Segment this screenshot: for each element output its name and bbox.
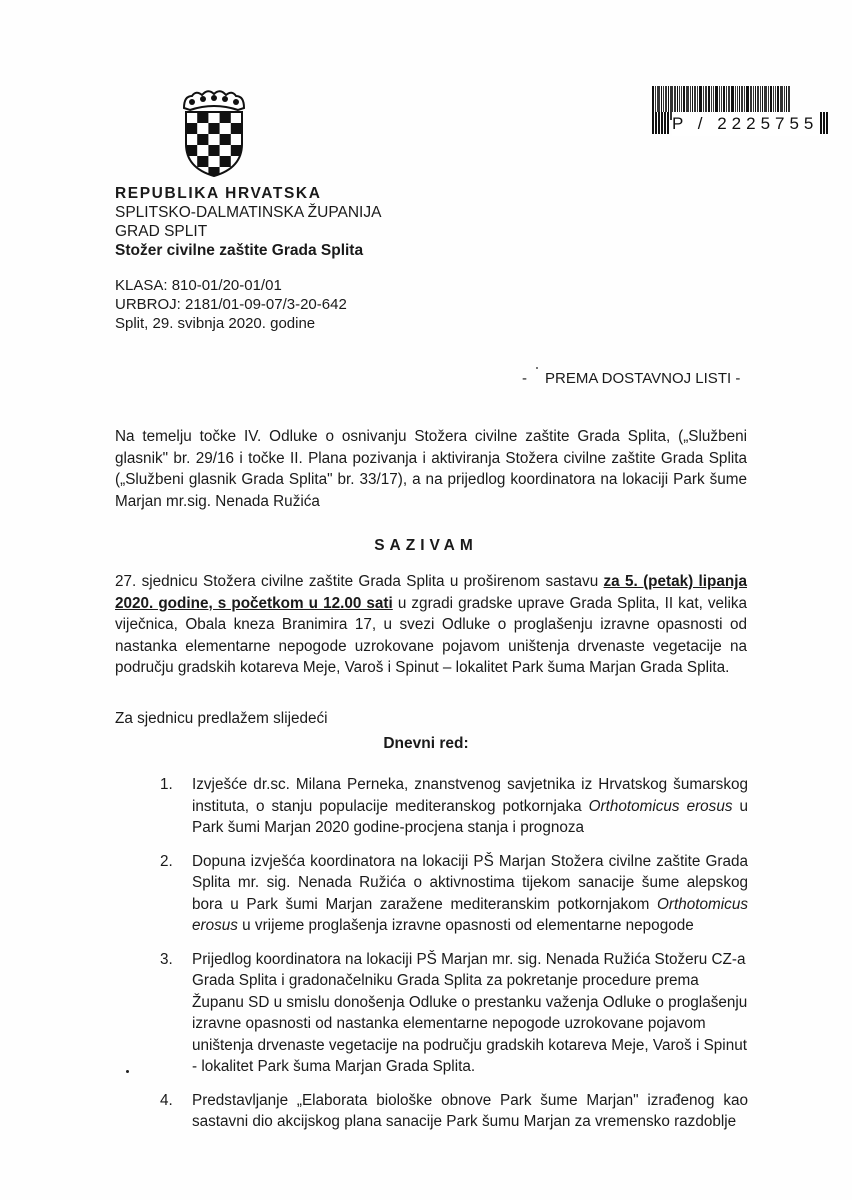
barcode-guard-right bbox=[820, 112, 828, 134]
intro-paragraph: Na temelju točke IV. Odluke o osnivanju … bbox=[115, 426, 747, 512]
issuer-body: Stožer civilne zaštite Grada Splita bbox=[115, 241, 381, 260]
document-barcode: P / 2225755 bbox=[652, 86, 828, 138]
species-name: Orthotomicus erosus bbox=[589, 798, 733, 815]
recipient-dash: - bbox=[522, 370, 527, 387]
klasa-number: KLASA: 810-01/20-01/01 bbox=[115, 276, 347, 295]
document-page: P / 2225755 REPUBLIKA HRVATSKA SPLITSKO-… bbox=[0, 0, 852, 1200]
agenda-title: Dnevni red: bbox=[0, 735, 852, 753]
document-references: KLASA: 810-01/20-01/01 URBROJ: 2181/01-0… bbox=[115, 276, 347, 333]
agenda-item: 4. Predstavljanje „Elaborata biološke ob… bbox=[160, 1090, 748, 1133]
issuer-header: REPUBLIKA HRVATSKA SPLITSKO-DALMATINSKA … bbox=[115, 184, 381, 260]
scan-speck bbox=[536, 367, 538, 369]
scan-dot bbox=[126, 1070, 129, 1073]
issuer-country: REPUBLIKA HRVATSKA bbox=[115, 184, 381, 203]
issuer-county: SPLITSKO-DALMATINSKA ŽUPANIJA bbox=[115, 203, 381, 222]
recipient-line: -PREMA DOSTAVNOJ LISTI - bbox=[522, 370, 740, 387]
document-date: Split, 29. svibnja 2020. godine bbox=[115, 314, 347, 333]
agenda-item-text: Prijedlog koordinatora na lokaciji PŠ Ma… bbox=[192, 949, 748, 1078]
agenda-item-text: Dopuna izvješća koordinatora na lokaciji… bbox=[192, 851, 748, 937]
agenda-item: 2. Dopuna izvješća koordinatora na lokac… bbox=[160, 851, 748, 937]
barcode-number: P / 2225755 bbox=[672, 112, 822, 136]
agenda-item-number: 1. bbox=[160, 774, 192, 839]
barcode-guard-left bbox=[652, 112, 670, 134]
convocation-paragraph: 27. sjednicu Stožera civilne zaštite Gra… bbox=[115, 571, 747, 679]
croatian-coat-of-arms-icon bbox=[178, 86, 250, 178]
agenda-item: 3. Prijedlog koordinatora na lokaciji PŠ… bbox=[160, 949, 748, 1078]
recipient-text: PREMA DOSTAVNOJ LISTI - bbox=[545, 370, 740, 387]
convocation-text-start: 27. sjednicu Stožera civilne zaštite Gra… bbox=[115, 573, 604, 590]
agenda-item: 1. Izvješće dr.sc. Milana Perneka, znans… bbox=[160, 774, 748, 839]
agenda-list: 1. Izvješće dr.sc. Milana Perneka, znans… bbox=[160, 774, 748, 1145]
agenda-item-number: 4. bbox=[160, 1090, 192, 1133]
urbroj-number: URBROJ: 2181/01-09-07/3-20-642 bbox=[115, 295, 347, 314]
proposal-intro: Za sjednicu predlažem slijedeći bbox=[115, 710, 328, 728]
agenda-item-text: Predstavljanje „Elaborata biološke obnov… bbox=[192, 1090, 748, 1133]
agenda-item-text: Izvješće dr.sc. Milana Perneka, znanstve… bbox=[192, 774, 748, 839]
agenda-item-number: 3. bbox=[160, 949, 192, 1078]
agenda-item-number: 2. bbox=[160, 851, 192, 937]
issuer-city: GRAD SPLIT bbox=[115, 222, 381, 241]
document-title: SAZIVAM bbox=[0, 537, 852, 555]
